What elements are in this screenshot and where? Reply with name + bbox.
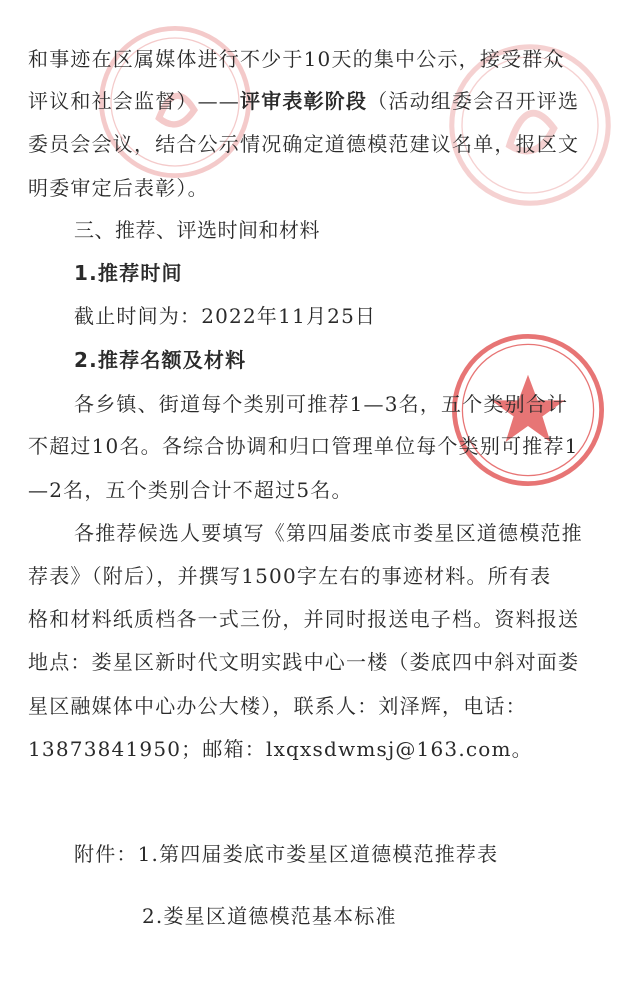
paragraph-line: 评议和社会监督）——评审表彰阶段（活动组委会召开评选 [28,85,579,114]
deadline-text: 截止时间为：2022年11月25日 [74,300,376,329]
attachment-item: 2.娄星区道德模范基本标准 [142,900,397,929]
attachment-item: 1.第四届娄底市娄星区道德模范推荐表 [138,842,499,866]
paragraph-line: 地点：娄星区新时代文明实践中心一楼（娄底四中斜对面娄 [28,646,579,675]
paragraph-line: 各推荐候选人要填写《第四届娄底市娄星区道德模范推 [74,517,583,546]
paragraph-line: 委员会会议，结合公示情况确定道德模范建议名单，报区文 [28,128,579,157]
paragraph-line: 格和材料纸质档各一式三份，并同时报送电子档。资料报送 [28,603,579,632]
paragraph-line: 荐表》（附后），并撰写1500字左右的事迹材料。所有表 [28,560,551,589]
subsection-heading: 1.推荐时间 [74,257,183,286]
paragraph-line: 星区融媒体中心办公大楼），联系人：刘泽辉，电话： [28,690,527,719]
phase-title-bold: 评审表彰阶段 [240,89,367,113]
text-span: （活动组委会召开评选 [367,89,579,113]
section-heading: 三、推荐、评选时间和材料 [74,214,320,243]
attachment-label: 附件： [74,842,138,866]
paragraph-line: —2名，五个类别合计不超过5名。 [28,474,353,503]
attachment-line: 附件：1.第四届娄底市娄星区道德模范推荐表 [74,838,498,867]
subsection-heading: 2.推荐名额及材料 [74,344,246,373]
text-span: 评议和社会监督）—— [28,89,240,113]
paragraph-line: 各乡镇、街道每个类别可推荐1—3名，五个类别合计 [74,388,568,417]
paragraph-line: 和事迹在区属媒体进行不少于10天的集中公示，接受群众 [28,43,565,72]
paragraph-line: 明委审定后表彰）。 [28,172,209,201]
paragraph-line: 不超过10名。各综合协调和归口管理单位每个类别可推荐1 [28,430,579,459]
contact-line: 13873841950；邮箱：lxqxsdwmsj@163.com。 [28,733,533,762]
